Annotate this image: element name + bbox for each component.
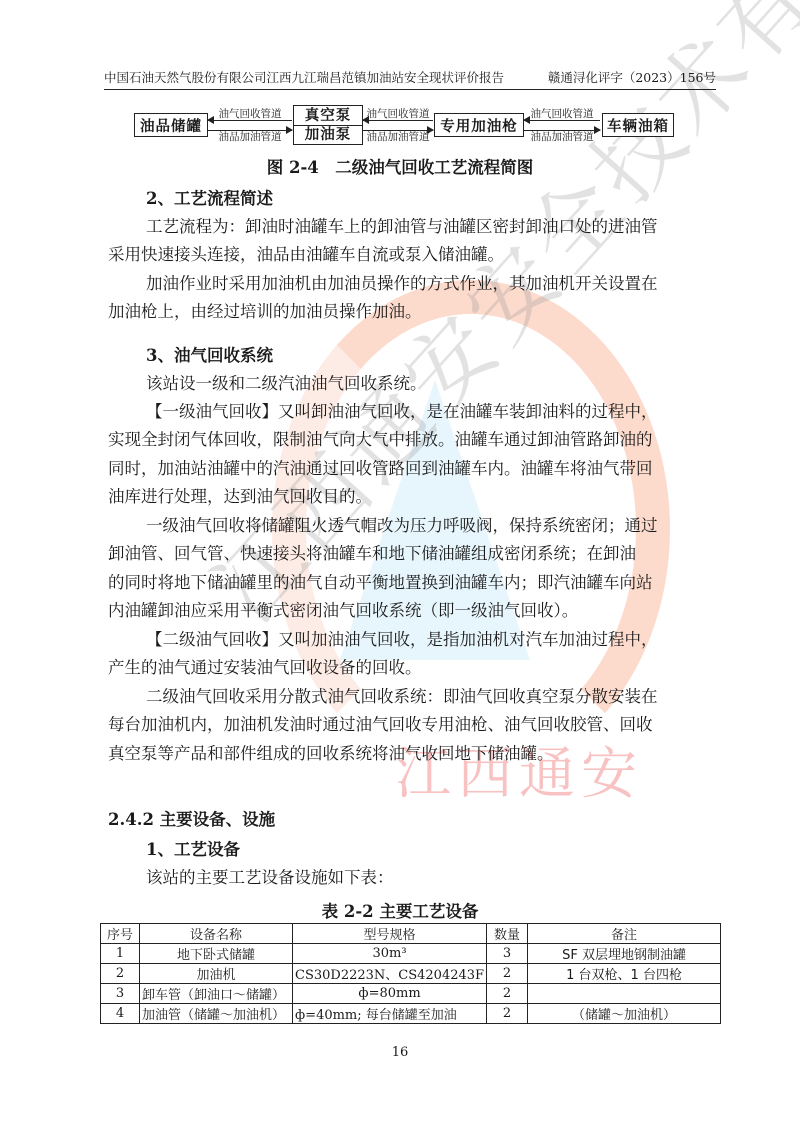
pipe-label-fuel: 油品加油管道 (363, 129, 433, 144)
arrow-left-icon (523, 116, 530, 124)
cell: 1 台双枪、1 台四枪 (528, 964, 721, 984)
equipment-table: 序号 设备名称 型号规格 数量 备注 1 地下卧式储罐 30m³ 3 SF 双层… (100, 923, 721, 1024)
cell: CS30D2223N、CS4204243F (293, 964, 487, 984)
cell: ф=40mm; 每台储罐至加油 (293, 1004, 487, 1024)
cell: SF 双层埋地钢制油罐 (528, 944, 721, 964)
col-header: 数量 (487, 924, 528, 944)
paragraph: 该站设一级和二级汽油油气回收系统。 (108, 370, 720, 398)
cell: 2 (487, 964, 528, 984)
node-nozzle: 专用加油枪 (434, 113, 524, 137)
cell: 4 (101, 1004, 140, 1024)
col-header: 设备名称 (140, 924, 293, 944)
table-caption: 表 2-2 主要工艺设备 (0, 898, 800, 922)
cell: （储罐～加油机） (528, 1004, 721, 1024)
pipe-tank-pump: 油气回收管道 油品加油管道 (208, 106, 292, 140)
node-pump-stack: 真空泵 加油泵 (293, 105, 363, 145)
cell: 卸车管（卸油口～储罐） (140, 984, 293, 1004)
col-header: 备注 (528, 924, 721, 944)
paragraph: 该站的主要工艺设备设施如下表： (108, 864, 720, 892)
arrow-left-icon (362, 116, 369, 124)
col-header: 型号规格 (293, 924, 487, 944)
cell: 2 (487, 1004, 528, 1024)
pipe-label-vapor: 油气回收管道 (363, 106, 433, 121)
paragraph: 工艺流程为：卸油时油罐车上的卸油管与油罐区密封卸油口处的进油管 采用快速接头连接… (108, 213, 720, 270)
cell (528, 984, 721, 1004)
table-header-row: 序号 设备名称 型号规格 数量 备注 (101, 924, 721, 944)
arrow-left-icon (207, 116, 214, 124)
pipe-label-fuel: 油品加油管道 (208, 129, 292, 144)
paragraph: 加油作业时采用加油机由加油员操作的方式作业，其加油机开关设置在 加油枪上，由经过… (108, 270, 720, 327)
pipe-nozzle-tank: 油气回收管道 油品加油管道 (524, 106, 600, 140)
paragraph: 一级油气回收将储罐阻火透气帽改为压力呼吸阀，保持系统密闭；通过 卸油管、回气管、… (108, 512, 720, 626)
cell: ф=80mm (293, 984, 487, 1004)
figure-caption: 图 2-4 二级油气回收工艺流程简图 (0, 154, 800, 178)
paragraph: 【一级油气回收】又叫卸油油气回收，是在油罐车装卸油料的过程中， 实现全封闭气体回… (108, 398, 720, 512)
table-row: 2 加油机 CS30D2223N、CS4204243F 2 1 台双枪、1 台四… (101, 964, 721, 984)
paragraph: 【二级油气回收】又叫加油油气回收，是指加油机对汽车加油过程中， 产生的油气通过安… (108, 626, 720, 683)
cell: 3 (101, 984, 140, 1004)
flow-diagram: 油品储罐 油气回收管道 油品加油管道 真空泵 加油泵 油气回收管道 油品加油管道… (134, 104, 684, 146)
paragraph: 二级油气回收采用分散式油气回收系统：即油气回收真空泵分散安装在 每台加油机内，加… (108, 683, 720, 768)
node-oil-tank: 油品储罐 (134, 113, 208, 137)
table-row: 4 加油管（储罐～加油机） ф=40mm; 每台储罐至加油 2 （储罐～加油机） (101, 1004, 721, 1024)
cell: 3 (487, 944, 528, 964)
cell: 2 (101, 964, 140, 984)
pipe-label-vapor: 油气回收管道 (524, 106, 600, 121)
table-row: 3 卸车管（卸油口～储罐） ф=80mm 2 (101, 984, 721, 1004)
node-vacuum-pump: 真空泵 (294, 107, 362, 126)
cell: 30m³ (293, 944, 487, 964)
page-number: 16 (0, 1045, 800, 1060)
section-heading: 3、油气回收系统 (146, 342, 273, 366)
table-row: 1 地下卧式储罐 30m³ 3 SF 双层埋地钢制油罐 (101, 944, 721, 964)
report-title: 中国石油天然气股份有限公司江西九江瑞昌范镇加油站安全现状评价报告 (104, 68, 504, 86)
node-fuel-pump: 加油泵 (294, 126, 362, 144)
pipe-label-fuel: 油品加油管道 (524, 129, 600, 144)
pipe-pump-nozzle: 油气回收管道 油品加油管道 (363, 106, 433, 140)
cell: 加油管（储罐～加油机） (140, 1004, 293, 1024)
cell: 2 (487, 984, 528, 1004)
node-vehicle-tank: 车辆油箱 (602, 113, 674, 137)
pipe-label-vapor: 油气回收管道 (208, 106, 292, 121)
page-header: 中国石油天然气股份有限公司江西九江瑞昌范镇加油站安全现状评价报告 赣通浔化评字（… (104, 64, 716, 90)
section-heading: 2、工艺流程简述 (146, 185, 273, 209)
col-header: 序号 (101, 924, 140, 944)
cell: 地下卧式储罐 (140, 944, 293, 964)
report-reference-number: 赣通浔化评字（2023）156号 (548, 68, 716, 86)
subsection-heading: 2.4.2 主要设备、设施 (108, 806, 275, 830)
cell: 加油机 (140, 964, 293, 984)
cell: 1 (101, 944, 140, 964)
section-heading: 1、工艺设备 (146, 836, 240, 860)
